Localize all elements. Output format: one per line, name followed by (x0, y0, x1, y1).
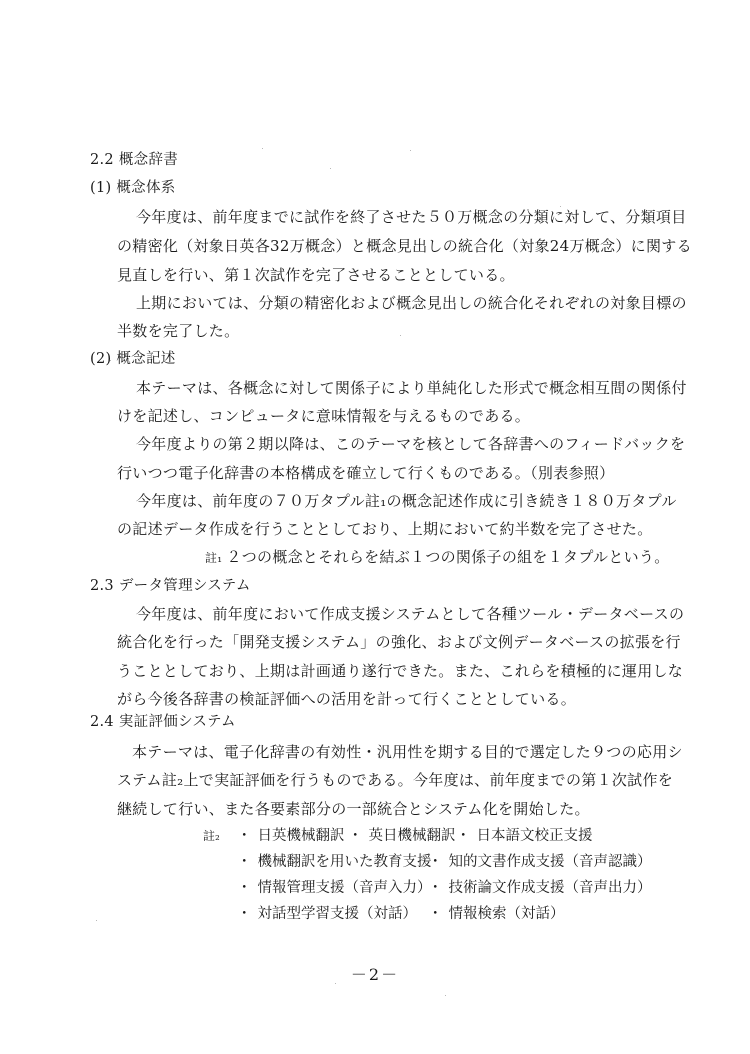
section-heading-2-3: 2.3 データ管理システム (90, 576, 251, 596)
list-item: ・日英機械翻訳 (237, 826, 345, 846)
paragraph-line: 今年度は、前年度までに試作を終了させた５０万概念の分類に対して、分類項目 (136, 207, 687, 227)
paragraph-line: けを記述し、コンピュータに意味情報を与えるものである。 (117, 406, 530, 426)
paragraph-line: の精密化（対象日英各32万概念）と概念見出しの統合化（対象24万概念）に関する (117, 236, 692, 256)
paragraph-line: 上期においては、分類の精密化および概念見出しの統合化それぞれの対象目標の (136, 293, 687, 313)
footnote-text: ２つの概念とそれらを結ぶ１つの関係子の組を１タプルという。 (226, 548, 669, 566)
document-page: 2.2 概念辞書 (1) 概念体系 今年度は、前年度までに試作を終了させた５０万… (0, 0, 750, 1054)
list-item: ・英日機械翻訳 (348, 826, 456, 846)
list-item: ・対話型学習支援（対話） (237, 904, 417, 924)
paragraph-line: 半数を完了した。 (117, 321, 239, 341)
scan-speck (330, 168, 331, 169)
footnote-1: 註₁２つの概念とそれらを結ぶ１つの関係子の組を１タプルという。 (205, 547, 670, 568)
scan-speck (410, 150, 411, 151)
paragraph-line: 今年度は、前年度において作成支援システムとして各種ツール・データベースの (136, 604, 684, 624)
list-item: ・知的文書作成支援（音声認識） (428, 852, 652, 872)
scan-speck (262, 148, 263, 149)
scan-speck (445, 995, 446, 996)
scan-speck (400, 335, 401, 336)
scan-speck (560, 206, 561, 207)
scan-speck (110, 360, 111, 361)
list-item: ・技術論文作成支援（音声出力） (428, 878, 652, 898)
list-item: ・情報管理支援（音声入力） (237, 878, 432, 898)
paragraph-line: 今年度は、前年度の７０万タプル註₁の概念記述作成に引き続き１８０万タプル (136, 491, 677, 511)
paragraph-line: 行いつつ電子化辞書の本格構成を確立して行くものである。（別表参照） (117, 463, 614, 483)
page-number: －2－ (0, 962, 750, 985)
scan-speck (335, 983, 336, 984)
section-heading-2-2: 2.2 概念辞書 (90, 150, 178, 170)
subsection-heading-concept-description: (2) 概念記述 (90, 349, 176, 369)
footnote-mark: 註₁ (205, 551, 222, 565)
paragraph-line: の記述データ作成を行うこととしており、上期において約半数を完了させた。 (117, 519, 653, 539)
scan-speck (96, 920, 97, 921)
paragraph-line: 統合化を行った「開発支援システム」の強化、および文例データベースの拡張を行 (117, 632, 681, 652)
paragraph-line: ステム註₂上で実証評価を行うものである。今年度は、前年度までの第１次試作を (117, 770, 673, 790)
paragraph-line: 本テーマは、電子化辞書の有効性・汎用性を期する目的で選定した９つの応用シ (132, 742, 683, 762)
subsection-heading-concept-system: (1) 概念体系 (90, 178, 176, 198)
paragraph-line: 今年度よりの第２期以降は、このテーマを核として各辞書へのフィードバックを (136, 434, 685, 454)
list-item: ・情報検索（対話） (428, 904, 565, 924)
paragraph-line: 見直しを行い、第１次試作を完了させることとしている。 (117, 265, 515, 285)
paragraph-line: 継続して行い、また各要素部分の一部統合とシステム化を開始した。 (117, 799, 590, 819)
footnote-mark: 註₂ (203, 829, 220, 843)
footnote-2-mark-row: 註₂ (203, 826, 224, 846)
list-item: ・機械翻訳を用いた教育支援 (237, 852, 432, 872)
list-item: ・日本語文校正支援 (456, 826, 593, 846)
paragraph-line: 本テーマは、各概念に対して関係子により単純化した形式で概念相互間の関係付 (136, 378, 687, 398)
paragraph-line: がら今後各辞書の検証評価への活用を計って行くこととしている。 (117, 689, 576, 709)
section-heading-2-4: 2.4 実証評価システム (90, 712, 236, 732)
paragraph-line: うこととしており、上期は計画通り遂行できた。また、これらを積極的に運用しな (117, 661, 683, 681)
